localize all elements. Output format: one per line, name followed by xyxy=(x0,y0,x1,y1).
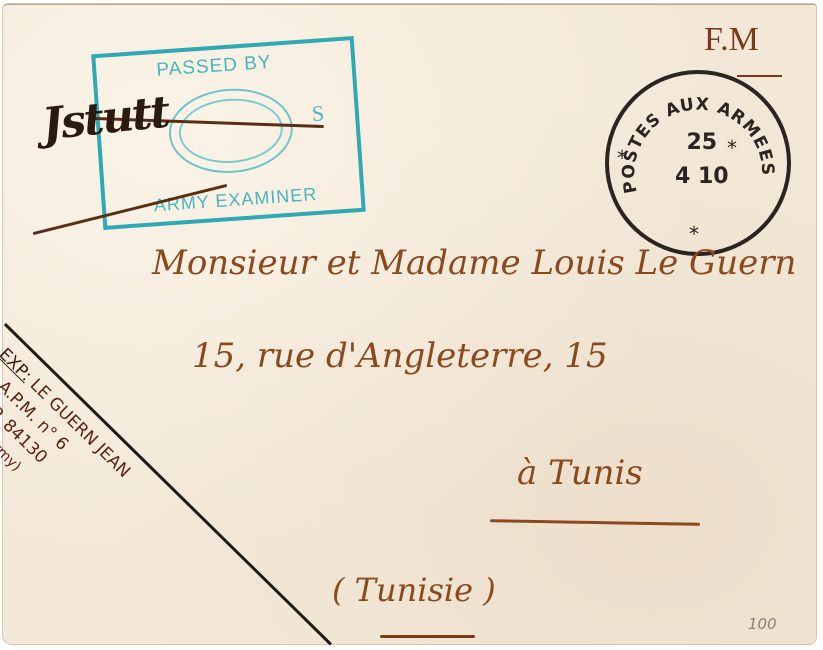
address-line-street: 15, rue d'Angleterre, 15 xyxy=(192,336,608,376)
franchise-mark: F.M xyxy=(704,21,759,59)
pencil-price-note: 100 xyxy=(748,615,777,633)
censor-stamp-oval xyxy=(166,85,296,177)
censor-stamp-letter: S xyxy=(311,100,325,127)
postmark-month: 10 xyxy=(698,164,729,189)
postmark-month-row: 4 10 xyxy=(675,160,729,194)
postmark-star: * xyxy=(617,146,627,170)
censor-stamp-top-text: PASSED BY xyxy=(156,52,273,82)
country-underline xyxy=(380,635,475,638)
envelope: PASSED BY S ARMY EXAMINER Jstutt F.M POS… xyxy=(2,3,817,645)
postmark: POSTES AUX ARMEES * * * 25 4 10 xyxy=(605,70,791,256)
postmark-year: 4 xyxy=(675,164,690,189)
address-line-recipient: Monsieur et Madame Louis Le Guern xyxy=(152,243,796,283)
postmark-date: 25 4 10 xyxy=(675,126,729,194)
address-line-country: ( Tunisie ) xyxy=(332,571,496,609)
address-line-city: à Tunis xyxy=(517,453,643,493)
postmark-day: 25 xyxy=(675,126,729,160)
city-underline xyxy=(490,519,700,526)
censor-stamp-bottom-text: ARMY EXAMINER xyxy=(153,184,318,216)
sender-block: EXP: LE GUERN JEAN A.P.M. n° 6 S.P. 8413… xyxy=(0,343,135,535)
